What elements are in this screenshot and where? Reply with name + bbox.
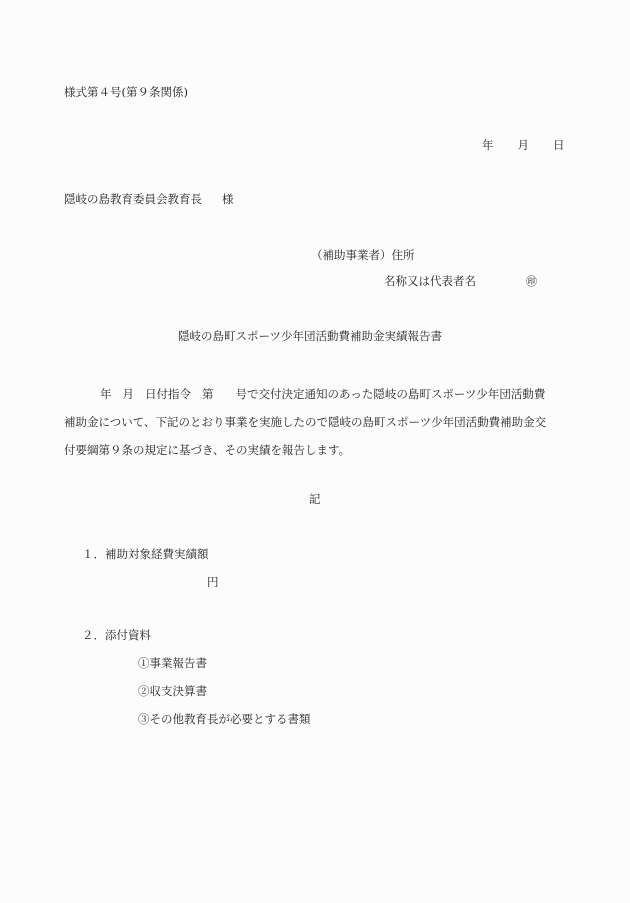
ki-heading: 記 bbox=[309, 494, 321, 506]
document-title: 隠岐の島町スポーツ少年団活動費補助金実績報告書 bbox=[178, 331, 442, 343]
body-day-directive: 日付指令 bbox=[145, 387, 191, 401]
body-year: 年 bbox=[100, 387, 112, 401]
form-number: 様式第４号(第９条関係) bbox=[64, 87, 188, 99]
applicant-address-label: （補助事業者）住所 bbox=[311, 250, 415, 262]
body-line-1: 年月日付指令第号で交付決定通知のあった隠岐の島町スポーツ少年団活動費 bbox=[64, 380, 584, 408]
item-2-label: 添付資料 bbox=[105, 628, 151, 642]
seal-icon: ㊞ bbox=[526, 276, 537, 287]
addressee-name: 隠岐の島教育委員会教育長 bbox=[64, 192, 202, 206]
body-line-2: 補助金について、下記のとおり事業を実施したので隠岐の島町スポーツ少年団活動費補助… bbox=[64, 408, 584, 436]
attachment-3: ③その他教育長が必要とする書類 bbox=[138, 714, 311, 726]
body-month: 月 bbox=[123, 387, 135, 401]
body-paragraph: 年月日付指令第号で交付決定通知のあった隠岐の島町スポーツ少年団活動費 補助金につ… bbox=[64, 380, 584, 464]
addressee: 隠岐の島教育委員会教育長様 bbox=[64, 194, 234, 206]
item-1-number: １． bbox=[82, 547, 105, 561]
body-number-prefix: 第 bbox=[202, 387, 214, 401]
applicant-name-label: 名称又は代表者名 bbox=[384, 276, 476, 288]
date-year-label: 年 bbox=[482, 140, 494, 152]
attachment-1: ①事業報告書 bbox=[138, 658, 207, 670]
attachment-2: ②収支決算書 bbox=[138, 686, 207, 698]
date-month-label: 月 bbox=[518, 140, 530, 152]
item-1-yen-unit: 円 bbox=[207, 577, 219, 589]
item-2: ２．添付資料 bbox=[82, 630, 151, 642]
item-2-number: ２． bbox=[82, 628, 105, 642]
addressee-honorific: 様 bbox=[222, 192, 234, 206]
date-day-label: 日 bbox=[553, 140, 565, 152]
item-1: １．補助対象経費実績額 bbox=[82, 549, 209, 561]
body-line-1-rest: 号で交付決定通知のあった隠岐の島町スポーツ少年団活動費 bbox=[236, 387, 546, 401]
body-line-3: 付要綱第９条の規定に基づき、その実績を報告します。 bbox=[64, 436, 584, 464]
date-line: 年月日 bbox=[482, 140, 565, 152]
item-1-label: 補助対象経費実績額 bbox=[105, 547, 209, 561]
